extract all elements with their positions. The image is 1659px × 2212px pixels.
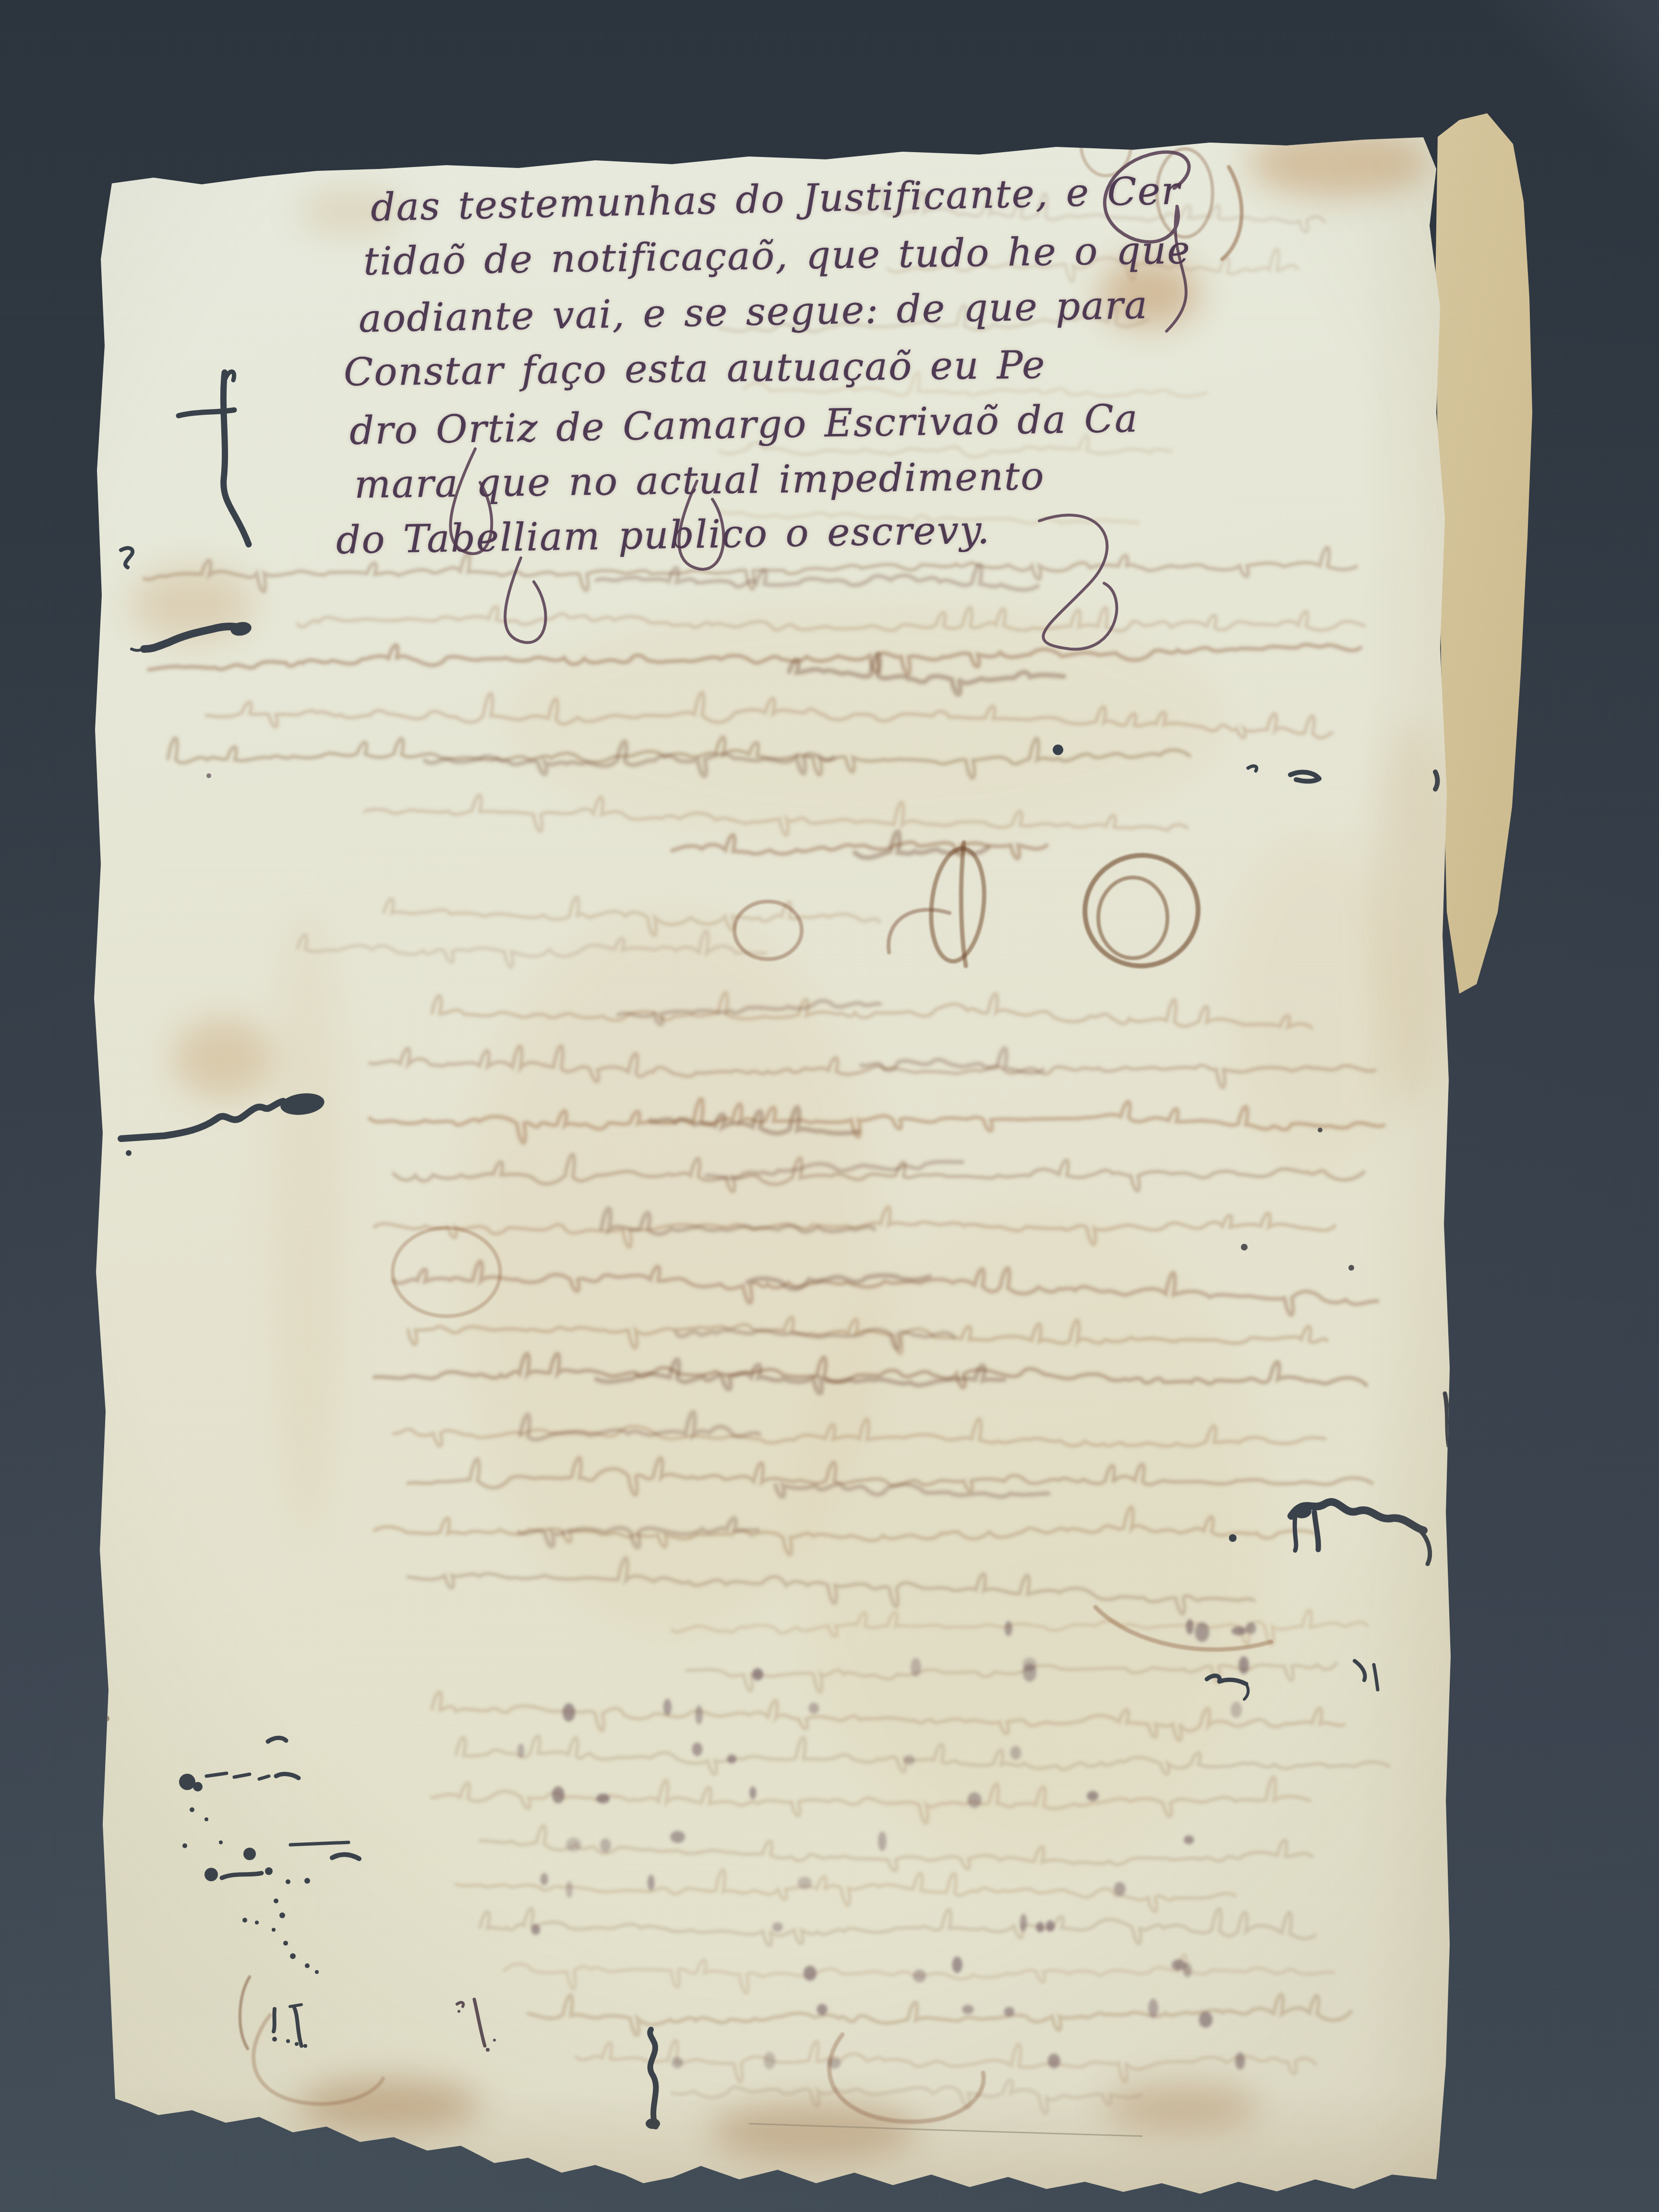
faint-margin-marks	[457, 1999, 496, 2052]
ink-blots	[104, 372, 1449, 2129]
manuscript-page: das testemunhas do Justificante, e Cer t…	[0, 0, 1659, 2212]
photograph-stage: das testemunhas do Justificante, e Cer t…	[0, 0, 1659, 2212]
ink-blots-layer	[0, 0, 1659, 2212]
